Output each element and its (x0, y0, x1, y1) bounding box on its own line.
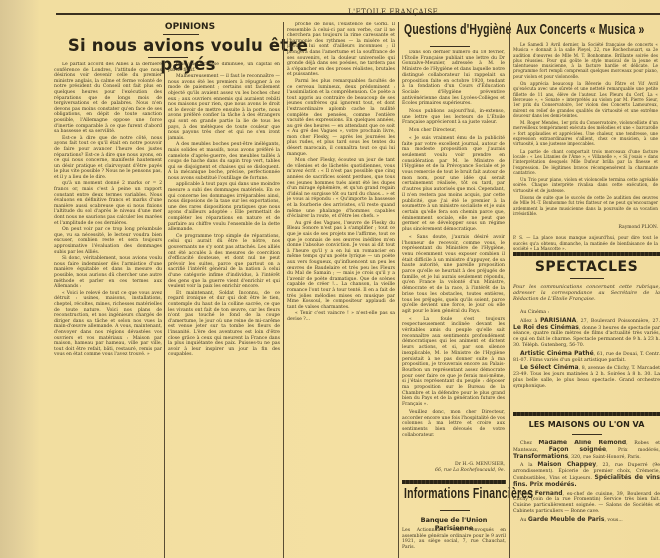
cinema-label: Au Cinéma : (513, 310, 660, 316)
paragraph: On apprécia beaucoup la Rêverie du Pâtre… (513, 81, 658, 118)
listing-entry: Artistic Cinéma Pathé, 61, rue de Douai,… (513, 351, 660, 364)
paragraph: « Voici le relevé de tout ce que vous av… (54, 291, 162, 358)
listing-text: , 320, rue Saint-Honoré, Paris. (568, 455, 641, 460)
listing-text: , Prix modérés, (606, 448, 660, 453)
section-rule (513, 252, 660, 256)
title-rule (440, 510, 470, 511)
kicker-rule (163, 34, 199, 35)
article-column-1: Le parfait accord des Alliés à la derniè… (54, 62, 162, 558)
headline-rule (148, 57, 188, 58)
paragraph: On peut voir par ce trop long préambule … (54, 227, 162, 255)
listing-entry: Allez à PARISIANA, 27, Boulevard Poisson… (513, 318, 660, 349)
business-name: Transformations (513, 453, 568, 460)
column-divider (283, 22, 284, 558)
paragraph: « La foule s'est toujours respectueuseme… (402, 317, 505, 408)
paragraph: « Sans doute, j'aurais désiré avoir l'ho… (402, 235, 505, 315)
title-rule (430, 46, 470, 47)
paragraph: Dans son dernier numéro du 18 février, l… (402, 50, 505, 107)
column-divider (398, 22, 399, 558)
section-kicker: OPINIONS (150, 22, 230, 32)
paragraph: Mon cher Flesky, écoutez un jour de tant… (287, 158, 395, 220)
paragraph: Malheureusement — il faut le reconnaître… (168, 74, 280, 141)
paragraph: Disons de suite que le succès de cette 2… (513, 195, 658, 216)
concerts-signature: Raymond PLION. (513, 225, 658, 231)
listing-entry: Chez Madame Aline Rémond, Robes et Mante… (513, 440, 660, 460)
paragraph: Le parfait accord des Alliés à la derniè… (54, 62, 162, 135)
paragraph: Un Trio pour piano, violon et violoncell… (513, 177, 658, 193)
listing-text: Chez (520, 492, 535, 497)
maisons-title: LES MAISONS OU L'ON VA (513, 420, 660, 429)
paragraph: A des meubles boches peut-être inélégant… (168, 142, 280, 181)
paragraph: Ce programme trop simple de réparations,… (168, 234, 280, 290)
paragraph: Veuillez donc, mon cher Directeur, accor… (402, 410, 505, 439)
column-divider (164, 62, 165, 558)
article-column-2: plus une richesse diminuée, un capital e… (168, 62, 280, 558)
listing-entry: A la Maison Chappey, 23, rue Duperré (9e… (513, 462, 660, 488)
listing-entry: Le Sélect Cinéma, 8, avenue de Clichy, T… (513, 365, 660, 389)
title-rule (570, 278, 604, 279)
business-name: Artistic Cinéma Pathé (520, 350, 594, 357)
spectacles-intro: Pour les communications concernant cette… (513, 284, 660, 302)
business-name: Le Roi des Cinémas (513, 324, 579, 331)
page-edge-shadow (0, 0, 40, 558)
concerts-ps: P. S. — La place nous manque aujourd'hui… (513, 236, 658, 253)
newspaper-page: L'ETOILE FRANÇAISE OPINIONS Si nous avio… (0, 0, 660, 558)
paragraph: M. Roger Mendes, 1er prix du Conservatoi… (513, 120, 658, 146)
finance-text: Les Actionnaires sont convoqués en assem… (402, 528, 506, 551)
hygiene-signature-block: Dr H.-G. MENUSIER, 66, rue La Rochefouca… (402, 462, 505, 473)
listing-entry: Au Garde Meuble de Paris, vous... (513, 517, 660, 524)
business-name: Le Sélect Cinéma (520, 364, 579, 371)
title-rule (572, 434, 602, 435)
paragraph: Et maintenant, Soldat Inconnu, de ce reg… (168, 291, 280, 358)
paragraph: proche de nous, l'existence de Gorki. Il… (287, 22, 395, 78)
business-name: Fernand (535, 490, 563, 497)
listing-text: Chez (520, 441, 538, 446)
hygiene-title: Questions d'Hygiène (404, 22, 512, 38)
paragraph: applicable à tout pays qui dans une moin… (168, 182, 280, 232)
business-name: Garde Meuble de Paris (528, 516, 605, 523)
section-rule (513, 412, 660, 416)
hygiene-body: Dans son dernier numéro du 18 février, l… (402, 50, 505, 450)
review-column: proche de nous, l'existence de Gorki. Il… (287, 22, 395, 558)
listing-text: Au (520, 518, 528, 523)
paragraph: plus une richesse diminuée, un capital e… (168, 62, 280, 73)
listing-entry: Chez Fernand, ex-chef de cuisine, 39, Bo… (513, 491, 660, 515)
paragraph: La partie de chant comportait trois morc… (513, 149, 658, 175)
maisons-listings: Chez Madame Aline Rémond, Robes et Mante… (513, 440, 660, 558)
concerts-body: Le Samedi 3 Avril dernier, la Société fr… (513, 42, 658, 222)
paragraph: « Tenir c'est vaincre ! » n'est-elle pas… (287, 311, 395, 322)
listing-text: A la (520, 463, 537, 468)
address: 66, rue La Rochefoucauld, 9e. (402, 468, 505, 474)
paragraph: Mon cher Directeur, (402, 128, 505, 134)
paragraph: Parmi les plus remarquables facultés de … (287, 79, 395, 157)
running-head: L'ETOILE FRANÇAISE (348, 8, 438, 16)
spectacles-listings: Au Cinéma : Allez à PARISIANA, 27, Boule… (513, 310, 660, 392)
paragraph: Le Samedi 3 Avril dernier, la Société fr… (513, 42, 658, 79)
paragraph: « Je suis vraiment ému de la publicité f… (402, 136, 505, 233)
paragraph: qu'à un moment donné 2 marks or = 2 fran… (54, 181, 162, 226)
paragraph: Est-ce à dire que de notre côté, nous ay… (54, 136, 162, 181)
concerts-title: Aux Concerts « Musica » (516, 22, 645, 38)
listing-text: , vous... (604, 518, 622, 523)
listing-text: , 27, Boulevard Poissonnière, 27. (576, 319, 660, 324)
spectacles-title: SPECTACLES (513, 259, 660, 275)
section-rule (402, 480, 506, 484)
column-divider (509, 22, 510, 558)
paragraph: Nous publions aujourd'hui, in-extenso, u… (402, 109, 505, 126)
paragraph: Au gré des Vagues, l'œuvre de Flesky du … (287, 221, 395, 311)
paragraph: Si donc, véritablement, nous avions voul… (54, 256, 162, 290)
business-name: Maison Chappey (537, 461, 596, 468)
